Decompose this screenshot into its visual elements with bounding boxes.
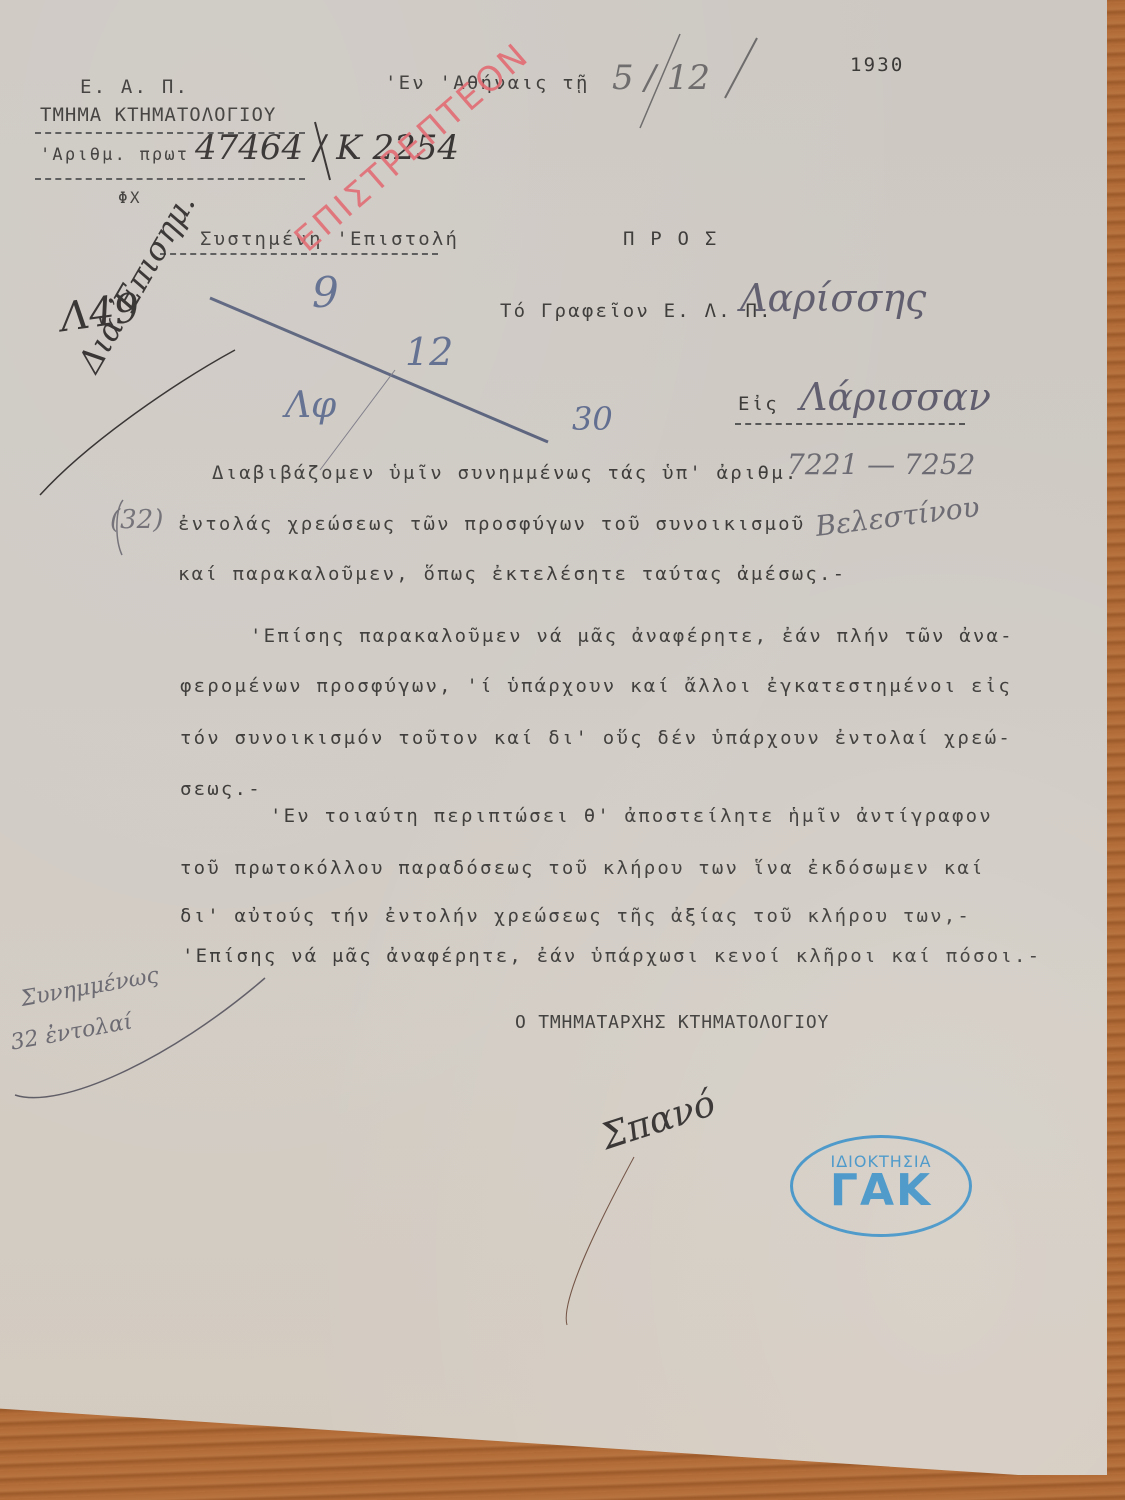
document-page: Ε. Α. Π. ΤΜΗΜΑ ΚΤΗΜΑΤΟΛΟΓΙΟΥ 'Αριθμ. πρω… — [0, 0, 1107, 1475]
handwritten-strokes — [0, 0, 1107, 1475]
